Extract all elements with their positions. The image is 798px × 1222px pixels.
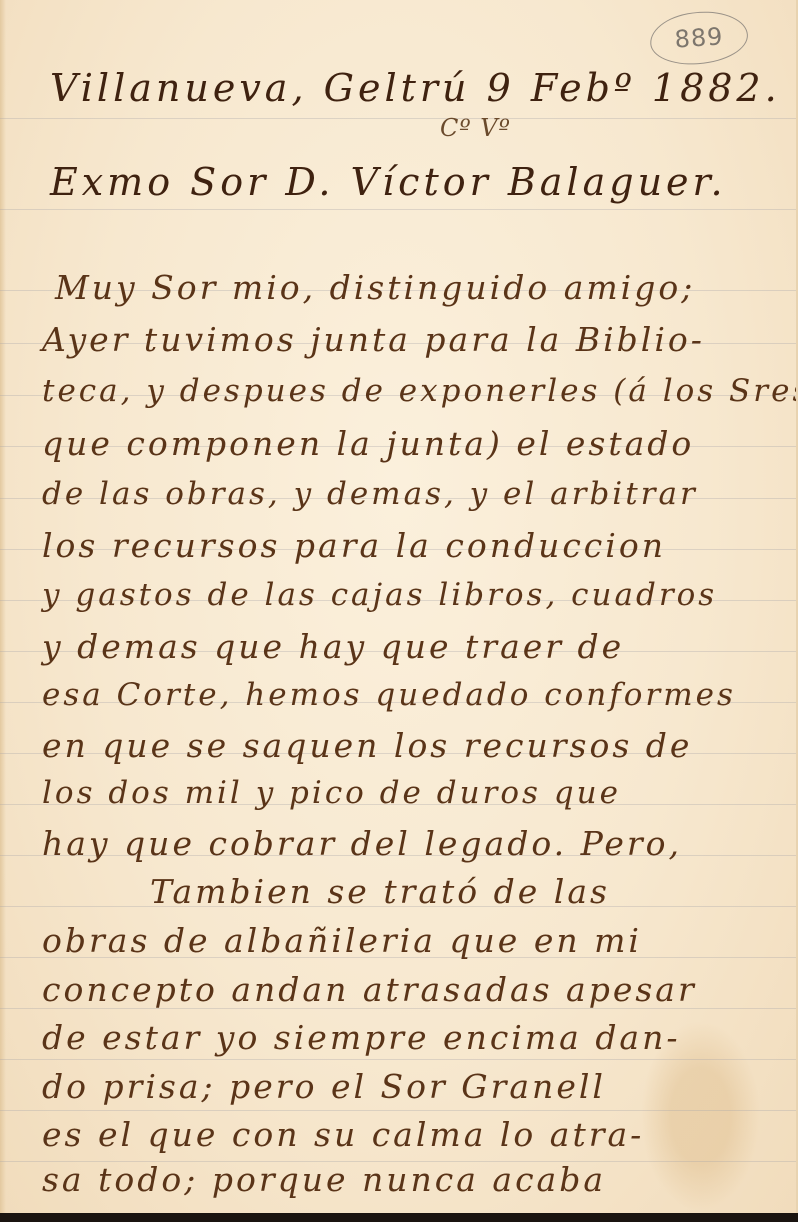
body-line: do prisa; pero el Sor Granell — [42, 1067, 606, 1106]
body-line: teca, y despues de exponerles (á los Sre… — [42, 373, 798, 409]
body-line: sa todo; porque nunca acaba — [42, 1160, 606, 1199]
ruled-line — [0, 209, 796, 210]
body-line: Muy Sor mio, distinguido amigo; — [55, 268, 695, 307]
ruled-line — [0, 1110, 796, 1111]
place-date-line: Villanueva, Geltrú 9 Febº 1882. — [50, 66, 781, 110]
body-line: los dos mil y pico de duros que — [42, 775, 621, 811]
ruled-line — [0, 118, 796, 119]
body-line: hay que cobrar del legado. Pero, — [42, 824, 682, 863]
ruled-line — [0, 1059, 796, 1060]
body-line: concepto andan atrasadas apesar — [42, 970, 697, 1009]
paper-edge — [0, 0, 6, 1213]
letter-page: 889 Villanueva, Geltrú 9 Febº 1882. Cº V… — [0, 0, 798, 1213]
body-line: en que se saquen los recursos de — [42, 726, 692, 765]
body-line: de las obras, y demas, y el arbitrar — [42, 476, 698, 512]
annotation: Cº Vº — [440, 114, 511, 142]
body-line: es el que con su calma lo atra- — [42, 1115, 644, 1154]
body-line: y demas que hay que traer de — [42, 627, 624, 666]
body-line: esa Corte, hemos quedado conformes — [42, 677, 736, 713]
body-line: que componen la junta) el estado — [42, 424, 694, 463]
archive-number-stamp: 889 — [648, 9, 749, 68]
body-line: Ayer tuvimos junta para la Biblio- — [42, 320, 705, 359]
body-line-indented: Tambien se trató de las — [150, 872, 610, 911]
body-line: los recursos para la conduccion — [42, 526, 666, 565]
salutation-addressee: Exmo Sor D. Víctor Balaguer. — [50, 160, 727, 204]
body-line: de estar yo siempre encima dan- — [42, 1018, 681, 1057]
scan-border — [0, 1213, 798, 1222]
body-line: y gastos de las cajas libros, cuadros — [42, 577, 717, 613]
body-line: obras de albañileria que en mi — [42, 921, 642, 960]
archive-number: 889 — [674, 22, 725, 53]
